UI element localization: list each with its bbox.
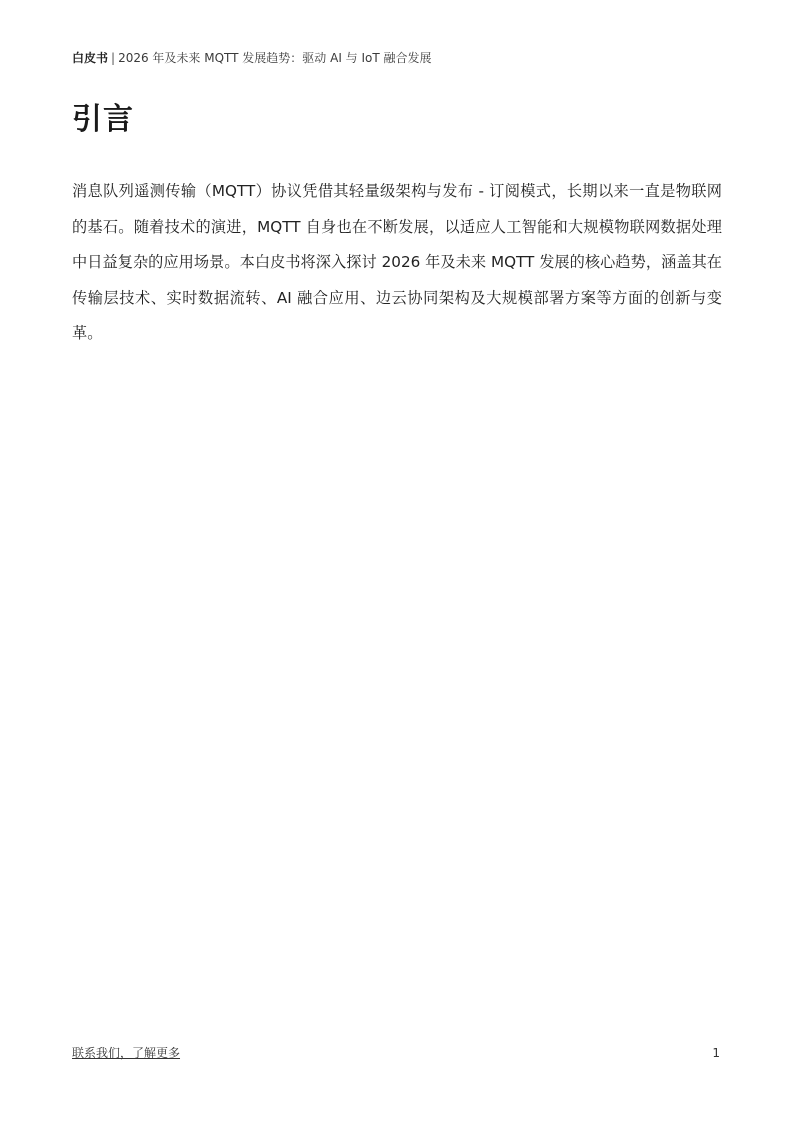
- contact-us-link[interactable]: 联系我们，了解更多: [72, 1045, 180, 1061]
- intro-paragraph: 消息队列遥测传输（MQTT）协议凭借其轻量级架构与发布 - 订阅模式，长期以来一…: [72, 174, 722, 352]
- section-title: 引言: [72, 100, 134, 140]
- page-number: 1: [712, 1045, 720, 1061]
- header-brand: 白皮书: [72, 51, 108, 65]
- running-header: 白皮书|2026 年及未来 MQTT 发展趋势：驱动 AI 与 IoT 融合发展: [72, 50, 432, 66]
- header-doc-title: 2026 年及未来 MQTT 发展趋势：驱动 AI 与 IoT 融合发展: [118, 51, 431, 65]
- header-separator: |: [111, 51, 115, 65]
